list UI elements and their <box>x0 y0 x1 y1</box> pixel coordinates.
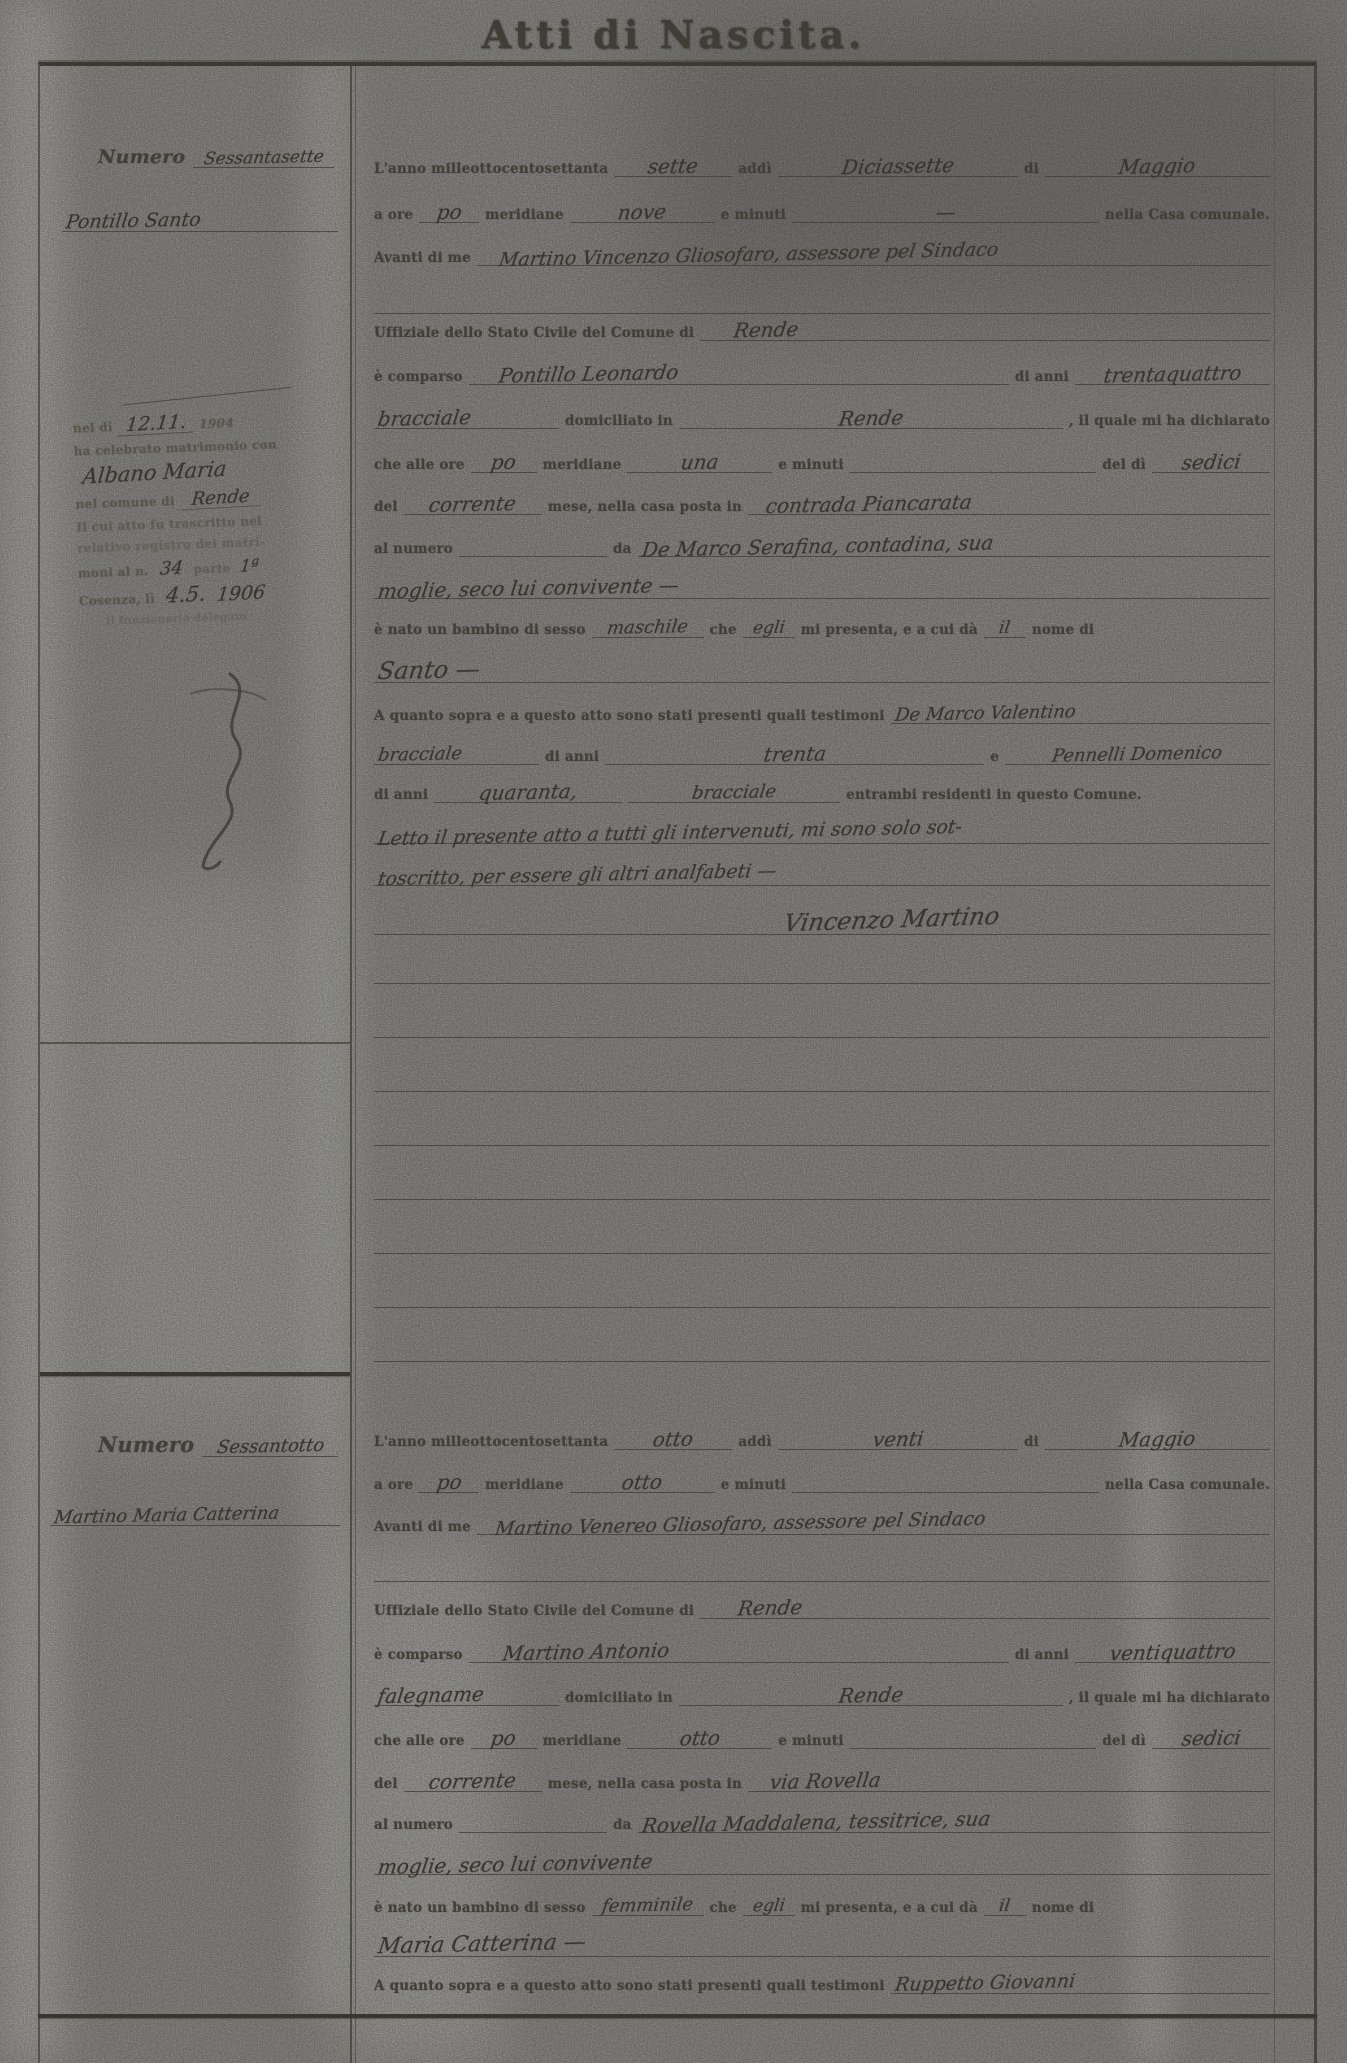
r1-line-nome: Santo — <box>374 658 1270 683</box>
r1-comune-field: Rende <box>700 320 1270 341</box>
avanti-label-2: Avanti di me <box>374 1519 471 1535</box>
r1-ufficiale-field: Martino Vincenzo Gliosofaro, assessore p… <box>477 246 1270 266</box>
del-di-label-2: del dì <box>1102 1733 1146 1749</box>
domiciliato-label: domiciliato in <box>565 413 673 429</box>
r1-il-field: il <box>984 618 1026 638</box>
r1-mese2-field: corrente <box>404 494 542 515</box>
e-minuti-label-2: e minuti <box>721 1477 786 1493</box>
casa-comunale-label-2: nella Casa comunale. <box>1105 1477 1270 1493</box>
record2-caption-row: Martino Maria Catterina <box>50 1506 340 1526</box>
testimoni-label-2: A quanto sopra e a questo atto sono stat… <box>374 1978 885 1994</box>
che-alle-ore-label: che alle ore <box>374 457 465 473</box>
mese-casa-label: mese, nella casa posta in <box>548 499 742 515</box>
r1-nome-value: Santo — <box>376 657 481 683</box>
r2-ora-value: otto <box>621 1472 664 1493</box>
r1-madre-field: De Marco Serafina, contadina, sua <box>638 536 1270 557</box>
al-numero-label: al numero <box>374 541 453 557</box>
r2-minuti2-field <box>850 1729 1097 1749</box>
r1-il-value: il <box>998 620 1011 637</box>
r2-il-value: il <box>998 1898 1011 1915</box>
r1-domicilio-field: Rende <box>679 408 1063 429</box>
r1-dichiarante-value: Pontillo Leonardo <box>471 362 679 386</box>
avanti-label: Avanti di me <box>374 250 471 266</box>
margin-year2: 1906 <box>216 583 266 605</box>
r1-teste2-prof-field: bracciale <box>628 783 840 803</box>
r2-giorno-field: sedici <box>1152 1728 1270 1749</box>
blank-rule <box>374 1234 1270 1254</box>
nome-di-label: nome di <box>1032 622 1094 638</box>
record2-numero-value: Sessantotto <box>215 1437 325 1457</box>
r2-line-domicilio: falegname domiciliato in Rende , il qual… <box>374 1685 1270 1706</box>
r2-domicilio-field: Rende <box>679 1685 1063 1706</box>
blank-rule <box>374 294 1270 314</box>
r2-comune-value: Rende <box>703 1597 804 1619</box>
r2-madre-value: Rovella Maddalena, tessitrice, sua <box>640 1808 991 1835</box>
r1-mese2-value: corrente <box>428 493 518 515</box>
blank-rule <box>374 1562 1270 1582</box>
r2-nome-value: Maria Catterina — <box>377 1932 588 1958</box>
di-anni-label3: di anni <box>374 787 428 803</box>
blank-line-8 <box>374 1342 1270 1362</box>
r1-luogo-field: contrada Piancarata <box>748 494 1270 515</box>
r1-line-madre: al numero da De Marco Serafina, contadin… <box>374 536 1270 557</box>
r1-giorno-field: sedici <box>1152 452 1270 473</box>
margin-note-line-cosenza: Cosenza, lì 4.5. 1906 <box>79 580 330 610</box>
r1-line-ore: a ore po meridiane nove e minuti — nella… <box>374 202 1270 223</box>
margin-comune-label: nel comune di <box>75 494 175 511</box>
r2-egli-field: egli <box>743 1896 795 1916</box>
r1-moglie-value: moglie, seco lui convivente — <box>377 575 681 601</box>
margin-note-line6: relativo registro dei matri- <box>77 533 327 556</box>
quale-label: , il quale mi ha dichiarato <box>1069 413 1270 429</box>
r2-dichiarante-value: Martino Antonio <box>471 1640 670 1664</box>
r1-mese-value: Maggio <box>1118 155 1197 177</box>
r2-giorno-value: sedici <box>1180 1727 1242 1748</box>
record1-caption-field: Pontillo Santo <box>62 212 338 232</box>
r1-line-chiusa1: Letto il presente atto a tutti gli inter… <box>374 824 1270 844</box>
e-minuti-label: e minuti <box>721 207 786 223</box>
r2-addi-field: venti <box>778 1429 1018 1450</box>
presenta-label: mi presenta, e a cui dà <box>801 622 978 638</box>
r1-teste1-value: De Marco Valentino <box>894 703 1077 725</box>
blank-rule <box>374 1072 1270 1092</box>
r1-nome-field: Santo — <box>374 658 1270 683</box>
r2-mese-value: Maggio <box>1118 1428 1197 1450</box>
da-label: da <box>613 541 632 557</box>
r2-nome-field: Maria Catterina — <box>374 1934 1270 1957</box>
right-inner-rule <box>1274 66 1275 2063</box>
r2-professione-value: falegname <box>377 1684 486 1706</box>
r1-ore2-field: po <box>471 452 537 473</box>
margin-note-line-date: nel dì 12.11. 1904 <box>73 409 324 438</box>
r1-anno-field: sette <box>614 156 732 177</box>
r2-ora2-value: otto <box>678 1728 721 1749</box>
r2-dichiarante-field: Martino Antonio <box>469 1642 1009 1663</box>
stato-civile-label: Uffiziale dello Stato Civile del Comune … <box>374 325 694 341</box>
r2-line-testimoni: A quanto sopra e a questo atto sono stat… <box>374 1974 1270 1994</box>
blank-line-4 <box>374 1126 1270 1146</box>
r1-numero-casa-field <box>459 537 607 557</box>
r1-egli-field: egli <box>743 618 795 638</box>
r2-line-nome: Maria Catterina — <box>374 1934 1270 1957</box>
r1-minuti-value: — <box>934 202 957 222</box>
r1-blank-rule-a <box>374 294 1270 314</box>
addi-label: addì <box>738 161 772 177</box>
record2-caption: Martino Maria Catterina <box>53 1505 281 1528</box>
record2-caption-field: Martino Maria Catterina <box>50 1506 340 1526</box>
record-divider <box>40 1372 350 1376</box>
r1-sesso-value: maschile <box>606 618 689 638</box>
blank-line-2 <box>374 1018 1270 1038</box>
record1-numero-value: Sessantasette <box>203 149 325 169</box>
r1-luogo-value: contrada Piancarata <box>751 492 974 517</box>
margin-signature-flourish <box>160 666 300 876</box>
margin-moni-label: moni al n. <box>78 564 149 580</box>
che-label-2: che <box>710 1900 737 1916</box>
r2-ufficiale-field: Martino Venereo Gliosofaro, assessore pe… <box>477 1515 1270 1535</box>
r1-teste2-field: Pennelli Domenico <box>1005 745 1270 765</box>
r2-sesso-value: femminile <box>601 1896 694 1916</box>
a-ore-label: a ore <box>374 207 413 223</box>
r2-anno-value: otto <box>652 1429 695 1450</box>
record1-numero-field: Sessantasette <box>193 148 334 168</box>
r1-teste2-prof-value: bracciale <box>691 783 777 803</box>
record1-caption-row: Pontillo Santo <box>62 212 338 232</box>
r1-line-domicilio: bracciale domiciliato in Rende , il qual… <box>374 408 1270 429</box>
r2-eta-value: ventiquattro <box>1108 1641 1236 1664</box>
r1-professione-value: bracciale <box>377 407 473 429</box>
del-label-2: del <box>374 1776 398 1792</box>
r2-egli-value: egli <box>752 1898 786 1916</box>
r2-anno-field: otto <box>614 1429 732 1450</box>
margin-nel-di-label: nel dì <box>73 420 113 435</box>
blank-line-3 <box>374 1072 1270 1092</box>
r2-line-madre: al numero da Rovella Maddalena, tessitri… <box>374 1812 1270 1833</box>
r2-luogo-value: via Rovella <box>751 1770 883 1793</box>
record1-numero-row: Numero Sessantasette <box>98 146 334 168</box>
meridiane-label: meridiane <box>485 207 564 223</box>
al-numero-label-2: al numero <box>374 1817 453 1833</box>
r1-line-teste1: bracciale di anni trenta e Pennelli Dome… <box>374 744 1270 765</box>
margin-note-line-registro: moni al n. 34 parte 1ª <box>78 554 329 582</box>
margin-date2-value: 4.5. <box>159 583 213 607</box>
r1-ore2-mark: po <box>490 452 518 473</box>
r1-eta-field: trentaquattro <box>1075 364 1270 385</box>
blank-line-6 <box>374 1234 1270 1254</box>
anno-label: L'anno milleottocentosettanta <box>374 161 608 177</box>
r2-professione-field: falegname <box>374 1685 559 1706</box>
r2-domicilio-value: Rende <box>837 1684 904 1705</box>
record1-caption: Pontillo Santo <box>65 211 202 233</box>
r1-line-luogo: del corrente mese, nella casa posta in c… <box>374 494 1270 515</box>
r1-line-anno: L'anno milleottocentosettanta sette addì… <box>374 156 1270 177</box>
record2-numero-label: Numero <box>98 1432 194 1457</box>
r2-line-luogo: del corrente mese, nella casa posta in v… <box>374 1771 1270 1792</box>
r2-ora-field: otto <box>570 1472 715 1493</box>
e-minuti-label2: e minuti <box>778 457 843 473</box>
di-anni-label-2: di anni <box>1015 1647 1069 1663</box>
record2-numero-row: Numero Sessantotto <box>98 1432 338 1457</box>
record1-margin-note: nel dì 12.11. 1904 ha celebrato matrimon… <box>72 392 330 636</box>
presenta-label-2: mi presenta, e a cui dà <box>801 1900 978 1916</box>
margin-note-line5: Il cui atto fu trascritto nel <box>76 512 326 535</box>
r2-blank-rule-a <box>374 1562 1270 1582</box>
margin-spouse-name: Albano Maria <box>82 459 228 488</box>
r1-line-chiusa2: toscritto, per essere gli altri analfabe… <box>374 866 1270 886</box>
meridiane-label-2: meridiane <box>485 1477 564 1493</box>
r2-teste1-field: Ruppetto Giovanni <box>891 1974 1270 1994</box>
comparso-label-2: è comparso <box>374 1647 463 1663</box>
r1-chiusa2-value: toscritto, per essere gli altri analfabe… <box>377 862 778 889</box>
form-bottom-border <box>38 2014 1317 2018</box>
e-minuti-label-2b: e minuti <box>778 1733 843 1749</box>
r1-addi-value: Diciassette <box>840 155 955 177</box>
r2-line-moglie: moglie, seco lui convivente <box>374 1854 1270 1875</box>
r1-eta-value: trentaquattro <box>1102 363 1242 386</box>
di-anni-label2: di anni <box>545 749 599 765</box>
r2-line-anno: L'anno milleottocentosettanta otto addì … <box>374 1429 1270 1450</box>
r1-line-comparso: è comparso Pontillo Leonardo di anni tre… <box>374 364 1270 385</box>
r1-teste1-prof-value: bracciale <box>377 745 463 765</box>
r1-teste2-eta-value: quaranta, <box>478 781 579 803</box>
margin-funzionario-label: Il funzionario delegato <box>105 608 329 628</box>
e-label: e <box>990 749 999 765</box>
column-divider-inner <box>355 66 356 2063</box>
r1-ore-mark: po <box>435 202 463 223</box>
r2-eta-field: ventiquattro <box>1075 1642 1270 1663</box>
r2-line-ora-nascita: che alle ore po meridiane otto e minuti … <box>374 1728 1270 1749</box>
record2-numero-field: Sessantotto <box>202 1437 338 1457</box>
r1-line-firma: Vincenzo Martino <box>374 910 1270 935</box>
r2-ufficiale-value: Martino Venereo Gliosofaro, assessore pe… <box>480 1510 987 1540</box>
r2-teste1-value: Ruppetto Giovanni <box>893 1972 1076 1995</box>
blank-line-5 <box>374 1180 1270 1200</box>
r2-mese2-value: corrente <box>428 1770 518 1792</box>
blank-rule <box>374 1018 1270 1038</box>
margin-cosenza-label: Cosenza, lì <box>79 592 155 609</box>
r1-line-moglie: moglie, seco lui convivente — <box>374 578 1270 599</box>
column-divider <box>350 66 352 2063</box>
r1-ore-mark-field: po <box>419 202 479 223</box>
r1-teste2-eta-field: quaranta, <box>434 782 622 803</box>
che-alle-ore-label-2: che alle ore <box>374 1733 465 1749</box>
r2-luogo-field: via Rovella <box>748 1771 1270 1792</box>
r1-line-testimoni: A quanto sopra e a questo atto sono stat… <box>374 704 1270 724</box>
domiciliato-label-2: domiciliato in <box>565 1690 673 1706</box>
margin-year: 1904 <box>199 416 234 431</box>
blank-rule <box>374 1342 1270 1362</box>
r2-moglie-value: moglie, seco lui convivente <box>377 1851 654 1877</box>
nato-label: è nato un bambino di sesso <box>374 622 586 638</box>
mese-casa-label-2: mese, nella casa posta in <box>548 1776 742 1792</box>
r1-teste1-eta-field: trenta <box>605 744 984 765</box>
del-label: del <box>374 499 398 515</box>
r2-mese-field: Maggio <box>1045 1429 1270 1450</box>
margin-note-line-comune: nel comune di Rende <box>75 485 326 514</box>
r1-moglie-field: moglie, seco lui convivente — <box>374 578 1270 599</box>
blank-rule <box>374 1288 1270 1308</box>
r1-chiusa2-field: toscritto, per essere gli altri analfabe… <box>374 866 1270 886</box>
r1-sesso-field: maschile <box>592 618 704 638</box>
comparso-label: è comparso <box>374 369 463 385</box>
r1-ora-field: nove <box>570 202 715 223</box>
margin-note-line-spouse: Albano Maria <box>74 457 325 487</box>
r1-anno-value: sette <box>647 155 700 176</box>
r1-line-avanti: Avanti di me Martino Vincenzo Gliosofaro… <box>374 246 1270 266</box>
del-di-label: del dì <box>1102 457 1146 473</box>
r1-ora-value: nove <box>617 201 668 222</box>
testimoni-label: A quanto sopra e a questo atto sono stat… <box>374 708 885 724</box>
r1-ufficiale-value: Martino Vincenzo Gliosofaro, assessore p… <box>480 241 1000 271</box>
r1-firma-value: Vincenzo Martino <box>782 904 1002 936</box>
r2-ore-mark-field: po <box>419 1472 479 1493</box>
margin-registro-num: 34 <box>153 559 190 579</box>
r1-giorno-value: sedici <box>1180 451 1242 472</box>
record1-numero-label: Numero <box>98 146 185 168</box>
r1-domicilio-value: Rende <box>837 407 904 428</box>
casa-comunale-label: nella Casa comunale. <box>1105 207 1270 223</box>
r1-line-ora-nascita: che alle ore po meridiane una e minuti d… <box>374 452 1270 473</box>
r1-chiusa1-value: Letto il presente atto a tutti gli inter… <box>377 818 964 849</box>
nome-di-label-2: nome di <box>1032 1900 1094 1916</box>
page-title: Atti di Nascita. <box>0 12 1347 57</box>
r1-madre-value: De Marco Serafina, contadina, sua <box>640 532 994 559</box>
r2-madre-field: Rovella Maddalena, tessitrice, sua <box>638 1812 1270 1833</box>
r2-il-field: il <box>984 1896 1026 1916</box>
r1-ora2-field: una <box>627 452 772 473</box>
r1-teste2-value: Pennelli Domenico <box>1051 744 1223 766</box>
blank-line-7 <box>374 1288 1270 1308</box>
blank-rule <box>374 1126 1270 1146</box>
r1-minuti-field: — <box>792 202 1099 223</box>
r1-egli-value: egli <box>752 620 786 638</box>
r2-ore-mark: po <box>435 1472 463 1493</box>
margin-comune-value: Rende <box>179 487 263 511</box>
blank-rule <box>374 1180 1270 1200</box>
di-label-2: di <box>1024 1434 1039 1450</box>
r1-comune-value: Rende <box>703 319 800 341</box>
r2-line-sesso: è nato un bambino di sesso femminile che… <box>374 1896 1270 1916</box>
meridiane-label2: meridiane <box>543 457 622 473</box>
r1-line-sesso: è nato un bambino di sesso maschile che … <box>374 618 1270 638</box>
r2-addi-value: venti <box>871 1428 924 1449</box>
r2-mese2-field: corrente <box>404 1771 542 1792</box>
r1-mese-field: Maggio <box>1045 156 1270 177</box>
blank-rule <box>374 964 1270 984</box>
margin-note-overline <box>122 387 291 406</box>
birth-record-form: Numero Sessantasette Pontillo Santo nel … <box>38 62 1317 2063</box>
r2-comune-field: Rende <box>700 1598 1270 1619</box>
r2-ora2-field: otto <box>627 1728 772 1749</box>
r2-line-stato-civile: Uffiziale dello Stato Civile del Comune … <box>374 1598 1270 1619</box>
nato-label-2: è nato un bambino di sesso <box>374 1900 586 1916</box>
r1-ora2-value: una <box>680 452 720 473</box>
quale-label-2: , il quale mi ha dichiarato <box>1069 1690 1270 1706</box>
r1-line-teste2: di anni quaranta, bracciale entrambi res… <box>374 782 1270 803</box>
r2-numero-casa-field <box>459 1813 607 1833</box>
r2-ore2-mark: po <box>490 1728 518 1749</box>
r1-dichiarante-field: Pontillo Leonardo <box>469 364 1009 385</box>
r1-teste1-field: De Marco Valentino <box>891 704 1270 724</box>
r2-line-ore: a ore po meridiane otto e minuti nella C… <box>374 1472 1270 1493</box>
blank-line-1 <box>374 964 1270 984</box>
stato-civile-label-2: Uffiziale dello Stato Civile del Comune … <box>374 1603 694 1619</box>
r1-chiusa1-field: Letto il presente atto a tutti gli inter… <box>374 824 1270 844</box>
r1-teste1-eta-value: trenta <box>762 743 827 764</box>
anno-label-2: L'anno milleottocentosettanta <box>374 1434 608 1450</box>
r1-line-stato-civile: Uffiziale dello Stato Civile del Comune … <box>374 320 1270 341</box>
addi-label-2: addì <box>738 1434 772 1450</box>
da-label-2: da <box>613 1817 632 1833</box>
r2-line-avanti: Avanti di me Martino Venereo Gliosofaro,… <box>374 1515 1270 1535</box>
r1-minuti2-field <box>850 453 1097 473</box>
a-ore-label-2: a ore <box>374 1477 413 1493</box>
r2-sesso-field: femminile <box>592 1896 704 1916</box>
r2-moglie-field: moglie, seco lui convivente <box>374 1854 1270 1875</box>
di-anni-label: di anni <box>1015 369 1069 385</box>
di-label: di <box>1024 161 1039 177</box>
r2-ore2-field: po <box>471 1728 537 1749</box>
margin-note-line2: ha celebrato matrimonio con <box>74 436 324 459</box>
r2-line-comparso: è comparso Martino Antonio di anni venti… <box>374 1642 1270 1663</box>
r1-professione-field: bracciale <box>374 408 559 429</box>
r1-teste1-prof-field: bracciale <box>374 745 539 765</box>
margin-parte-value: 1ª <box>235 558 264 577</box>
r1-firma-field: Vincenzo Martino <box>374 910 1270 935</box>
r1-addi-field: Diciassette <box>778 156 1018 177</box>
residenti-label: entrambi residenti in questo Comune. <box>846 787 1142 803</box>
left-column-rule <box>40 1042 350 1044</box>
che-label: che <box>710 622 737 638</box>
meridiane-label-2b: meridiane <box>543 1733 622 1749</box>
margin-parte-label: parte <box>193 561 231 576</box>
r2-minuti-field <box>792 1473 1099 1493</box>
margin-date-value: 12.11. <box>117 412 195 436</box>
